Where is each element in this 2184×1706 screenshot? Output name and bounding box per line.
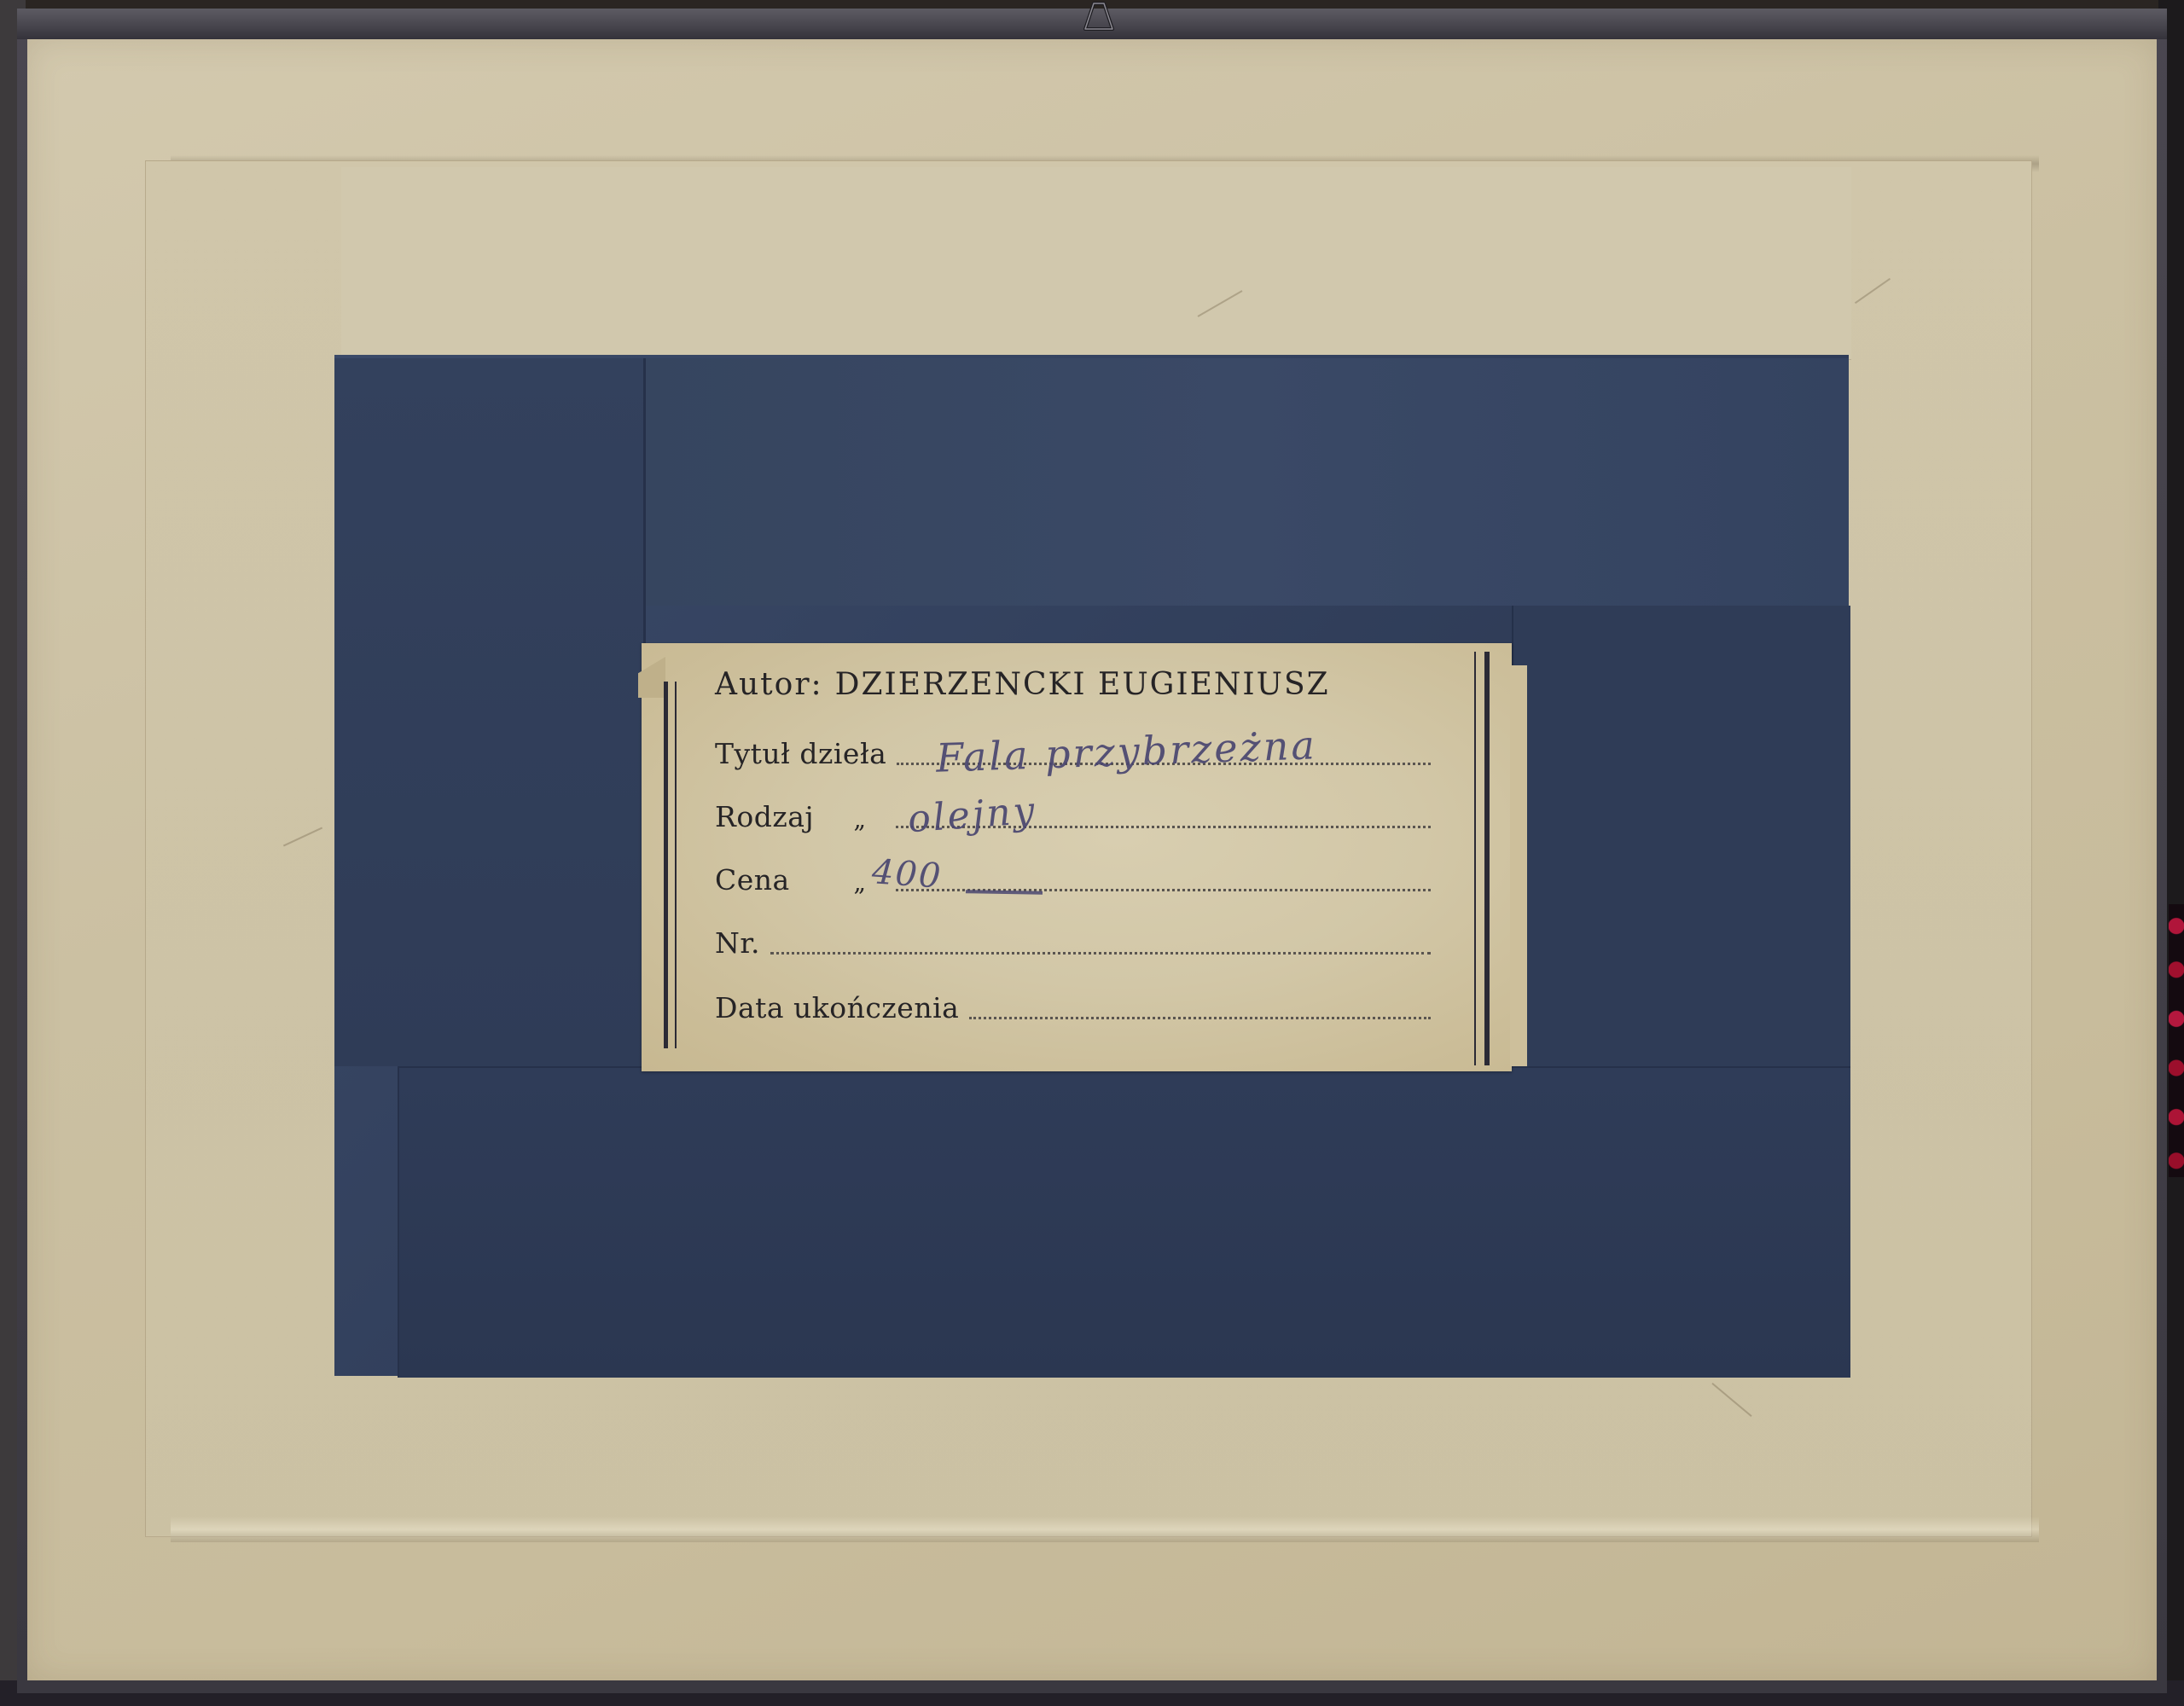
hanger-icon xyxy=(1077,0,1121,31)
number-dotted-line xyxy=(770,951,1431,955)
kind-label: Rodzaj xyxy=(715,800,834,833)
author-label: Autor: xyxy=(715,667,823,702)
label-torn-stub xyxy=(1510,665,1527,1066)
tape-top-strip xyxy=(341,167,1851,360)
price-label: Cena xyxy=(715,863,834,897)
blue-paper-left-strip xyxy=(334,358,646,1066)
price-row: Cena „ xyxy=(715,863,1431,897)
number-row: Nr. xyxy=(715,926,1431,960)
blue-paper-bottom-sheet xyxy=(398,1066,1850,1378)
label-right-double-rule xyxy=(1474,652,1490,1065)
red-berries-decoration xyxy=(2169,904,2184,1177)
author-row: Autor: DZIERZENCKI EUGIENIUSZ xyxy=(715,667,1431,702)
completion-date-label: Data ukończenia xyxy=(715,991,959,1024)
tape-fold-shadow-bottom xyxy=(171,1517,2039,1542)
completion-date-dotted-line xyxy=(969,1016,1431,1019)
kind-row: Rodzaj „ xyxy=(715,800,1431,833)
handwritten-kind: olejny xyxy=(906,789,1038,841)
exhibition-label: Autor: DZIERZENCKI EUGIENIUSZ Tytuł dzie… xyxy=(642,643,1512,1071)
blue-paper-right-patch xyxy=(1512,606,1850,1145)
author-value: DZIERZENCKI EUGIENIUSZ xyxy=(835,667,1330,702)
completion-date-row: Data ukończenia xyxy=(715,991,1431,1024)
handwritten-price: 400 xyxy=(870,852,943,897)
title-label: Tytuł dzieła xyxy=(715,737,886,770)
handwritten-title: Fala przybrzeżna xyxy=(935,722,1317,781)
number-label: Nr. xyxy=(715,926,760,960)
label-folded-corner xyxy=(638,657,665,698)
blue-paper-top-sheet xyxy=(643,358,1849,606)
label-left-double-rule xyxy=(664,682,677,1048)
kind-ditto-mark: „ xyxy=(834,805,886,833)
